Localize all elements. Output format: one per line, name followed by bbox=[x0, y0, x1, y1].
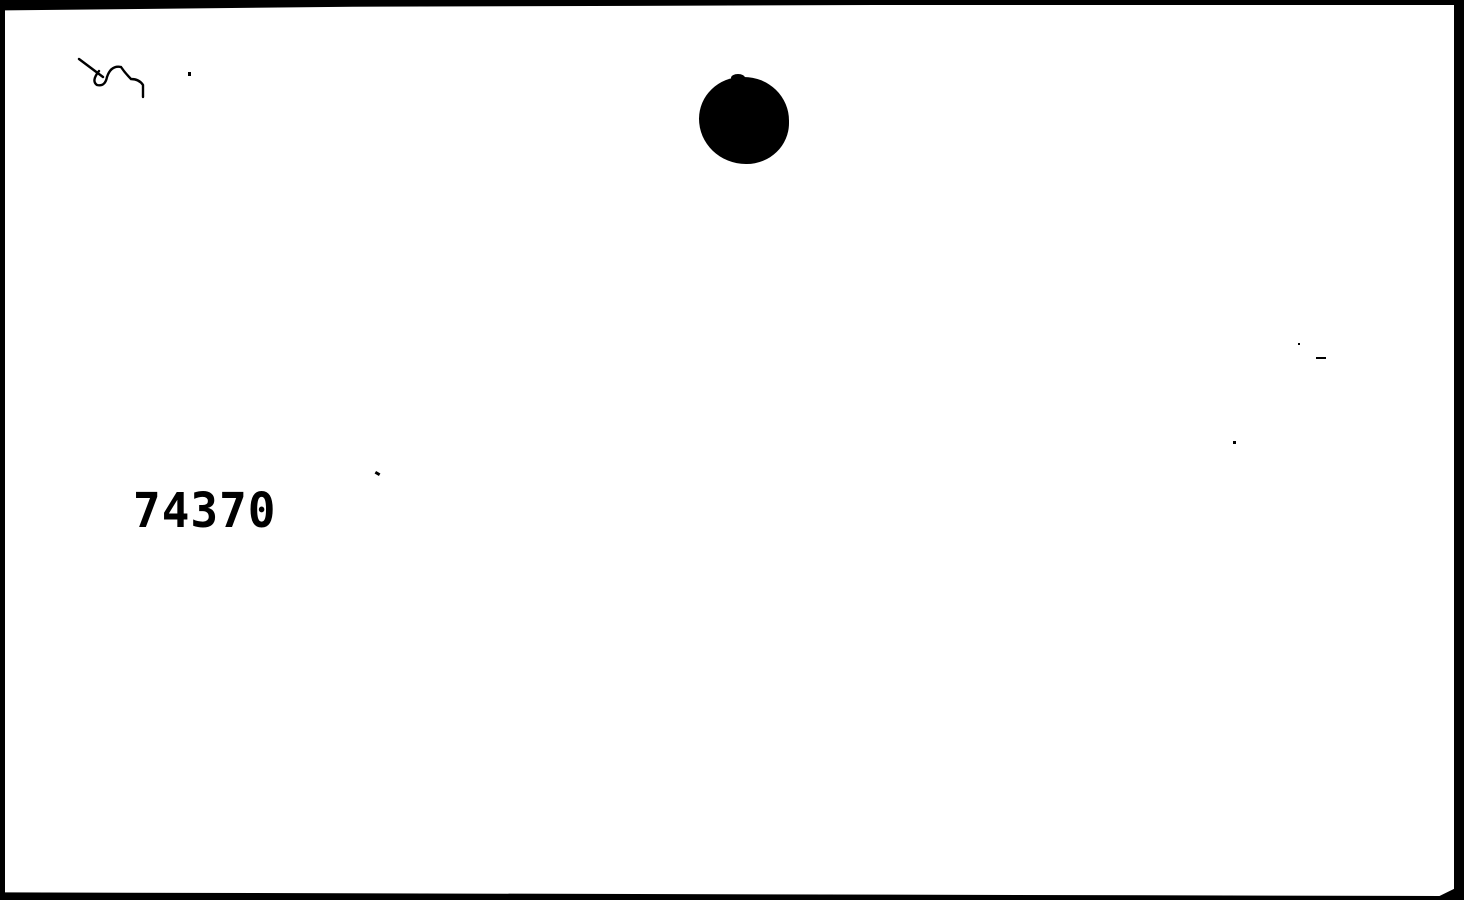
speck bbox=[188, 72, 191, 76]
card-number: 74370 bbox=[133, 482, 276, 539]
speck bbox=[1316, 357, 1326, 359]
speck bbox=[1298, 343, 1300, 345]
speck bbox=[1233, 441, 1236, 444]
index-card: 74370 bbox=[5, 5, 1454, 896]
handwritten-initials bbox=[77, 55, 152, 100]
punch-hole bbox=[699, 77, 789, 164]
speck bbox=[375, 471, 381, 476]
